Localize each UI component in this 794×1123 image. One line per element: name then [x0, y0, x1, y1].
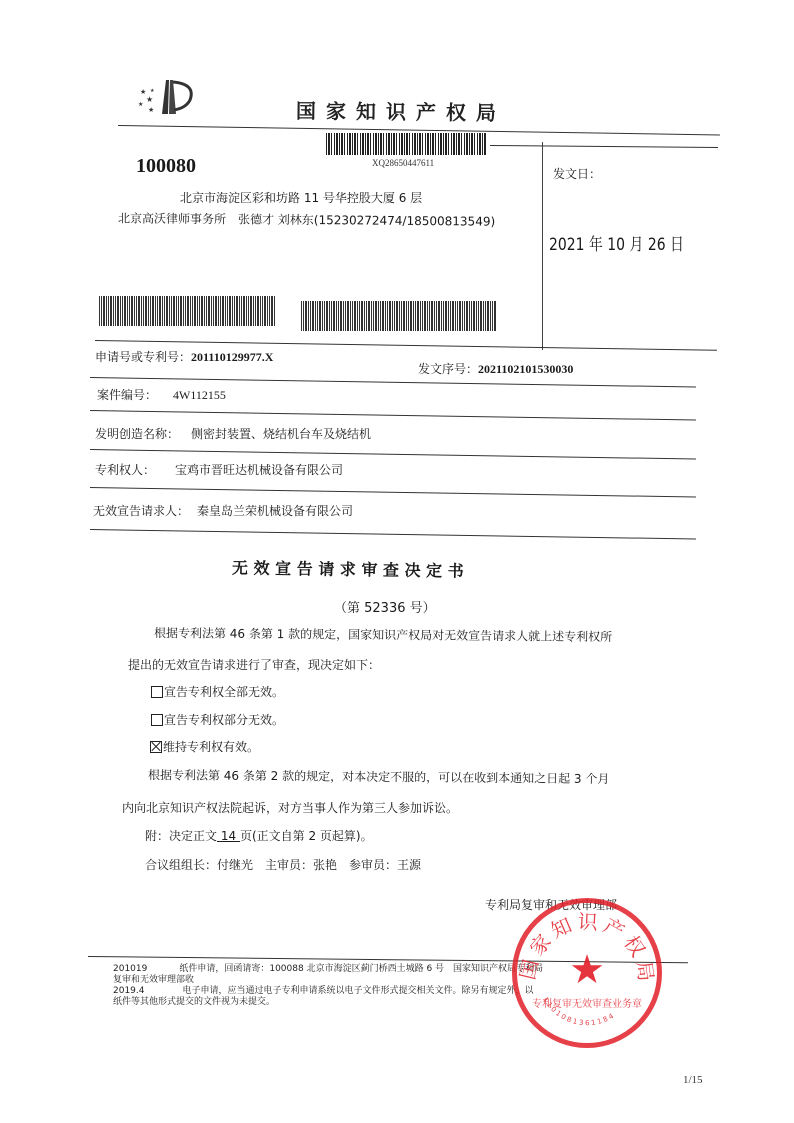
- rule-5: [90, 487, 696, 498]
- patentee-label: 专利权人：: [95, 463, 155, 477]
- patentee-value: 宝鸡市晋旺达机械设备有限公司: [175, 463, 343, 477]
- application-no-label: 申请号或专利号：: [95, 350, 191, 364]
- requester-label: 无效宣告请求人：: [93, 504, 189, 518]
- case-no-label: 案件编号：: [97, 388, 157, 402]
- star-icon: ★: [569, 947, 605, 993]
- attachment-pages: 14: [217, 829, 240, 843]
- barcode-left: [99, 296, 275, 326]
- invention-title-value: 侧密封装置、烧结机台车及烧结机: [191, 427, 371, 441]
- agency-name: 国家知识产权局: [296, 95, 506, 126]
- attachment-line: 附：决定正文 14 页(正文自第 2 页起算)。: [145, 827, 373, 844]
- svg-text:★: ★: [138, 101, 143, 108]
- serial-no-label: 发文序号：: [418, 362, 478, 376]
- application-no-value: 201110129977.X: [191, 350, 273, 364]
- option-invalid-all[interactable]: 宣告专利权全部无效。: [151, 683, 284, 700]
- checkbox-checked-icon[interactable]: [150, 741, 162, 753]
- decision-title: 无 效 宣 告 请 求 审 查 决 定 书: [232, 555, 464, 581]
- recipient-address: 北京市海淀区彩和坊路 11 号华控股大厦 6 层: [180, 189, 422, 206]
- barcode-right: [301, 301, 497, 331]
- postcode: 100080: [136, 155, 196, 178]
- official-seal: 国家知识产权局 ★ 专利复审无效审查业务章 1101081361184: [512, 898, 662, 1048]
- application-no-row: 申请号或专利号：201110129977.X: [95, 348, 273, 365]
- cnipa-logo-icon: ★ ★ ★ ★ ★: [138, 74, 198, 118]
- invention-title-row: 发明创造名称：侧密封装置、烧结机台车及烧结机: [95, 425, 371, 442]
- option-maintain-valid[interactable]: 维持专利权有效。: [150, 738, 259, 755]
- panel-members: 合议组组长：付继光 主审员：张艳 参审员：王源: [145, 856, 421, 873]
- footer-notes: 201019纸件申请，回函请寄：100088 北京市海淀区蓟门桥西土城路 6 号…: [113, 964, 543, 1008]
- decision-number: （第 52336 号）: [334, 597, 436, 616]
- serial-no-row: 发文序号：2021102101530030: [418, 360, 573, 377]
- svg-text:★: ★: [148, 106, 154, 114]
- page-number: 1/15: [683, 1074, 703, 1086]
- patentee-row: 专利权人：宝鸡市晋旺达机械设备有限公司: [95, 461, 343, 478]
- invention-title-label: 发明创造名称：: [95, 427, 179, 441]
- requester-row: 无效宣告请求人：秦皇岛兰荣机械设备有限公司: [93, 502, 353, 519]
- option-invalid-partial[interactable]: 宣告专利权部分无效。: [151, 711, 284, 728]
- checkbox-unchecked-icon[interactable]: [151, 686, 163, 698]
- top-barcode-text: XQ28650447611: [372, 158, 434, 168]
- issue-date-value: 2021 年 10 月 26 日: [549, 230, 684, 255]
- date-column-top-rule: [490, 145, 718, 148]
- case-no-row: 案件编号：4W112155: [97, 386, 226, 403]
- para2-line1: 根据专利法第 46 条第 2 款的规定，对本决定不服的，可以在收到本通知之日起 …: [148, 766, 610, 787]
- rule-4: [90, 449, 696, 460]
- rule-3: [90, 410, 696, 421]
- date-column-divider: [542, 142, 543, 350]
- requester-value: 秦皇岛兰荣机械设备有限公司: [197, 504, 353, 518]
- serial-no-value: 2021102101530030: [478, 362, 573, 376]
- svg-text:★: ★: [150, 88, 155, 94]
- rule-6: [90, 529, 696, 540]
- checkbox-unchecked-icon[interactable]: [151, 714, 163, 726]
- para2-line2: 内向北京知识产权法院起诉，对方当事人作为第三人参加诉讼。: [122, 799, 458, 816]
- case-no-value: 4W112155: [173, 388, 226, 402]
- para1-line1: 根据专利法第 46 条第 1 款的规定，国家知识产权局对无效宣告请求人就上述专利…: [154, 624, 612, 645]
- recipient-firm: 北京高沃律师事务所 张德才 刘林东(15230272474/1850081354…: [118, 209, 495, 229]
- issue-date-label: 发文日：: [553, 165, 601, 182]
- svg-text:★: ★: [146, 95, 153, 104]
- para1-line2: 提出的无效宣告请求进行了审查，现决定如下：: [128, 656, 380, 673]
- top-barcode: [326, 133, 486, 155]
